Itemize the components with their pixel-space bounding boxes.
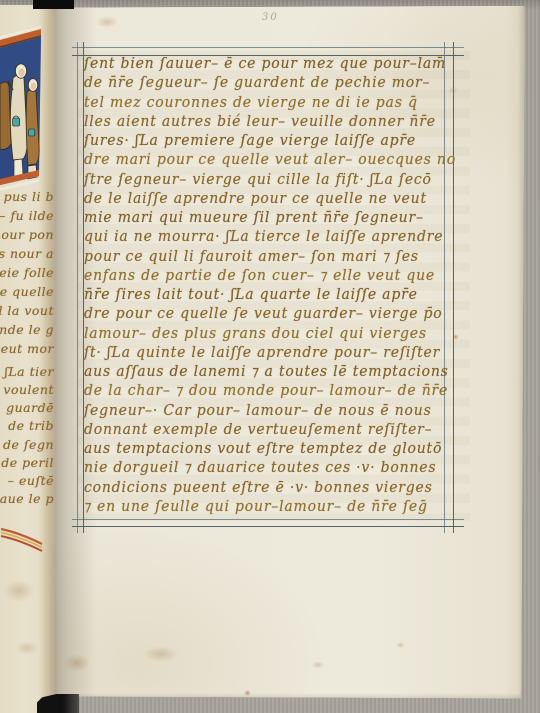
text-line: ſent bien ſauuer– ē ce pour mez que pour… [84, 55, 464, 75]
text-line: ⁊ en une ſeulle qui pour–lamour– de n̄r̄… [84, 497, 464, 517]
margin-text-line: l la vout [0, 304, 54, 318]
parchment-stain [4, 580, 34, 602]
parchment-stain [144, 646, 178, 662]
margin-text-line: uallaue le p [0, 492, 54, 506]
frame-line [72, 47, 464, 48]
parchment-stain [96, 16, 118, 28]
facing-page-strip: pus li b u– fu ilde nour pon s nour a ei… [0, 5, 59, 713]
binding-mark-top [33, 0, 74, 9]
text-line: lles aient autres bié leur– veuille donn… [84, 112, 464, 132]
margin-text-line: voulent [3, 383, 54, 397]
margin-text-line: eie folle [0, 266, 54, 280]
manuscript-scan: 30 ſent bien ſauuer– ē ce pour mez que p… [0, 0, 540, 713]
text-line: aus temptacions vout eſtre temptez de gl… [84, 440, 464, 460]
frame-line [72, 526, 464, 527]
text-line: aus aſſaus de lanemi ⁊ a toutes lē tempt… [84, 363, 464, 383]
margin-text-line: eut mor [1, 342, 54, 356]
border-flourish-icon [0, 520, 46, 554]
text-line: ſtre ſegneur– vierge qui cille la fiſt· … [84, 170, 464, 190]
text-line: dre pour ce quelle ſe veut guarder– vier… [84, 305, 464, 325]
margin-text-line: guardē [6, 401, 54, 415]
margin-text-line: pus li b [4, 190, 54, 204]
text-line: ſt· ʃLa quinte le laiſſe aprendre pour– … [84, 343, 464, 363]
parchment-stain [16, 641, 38, 655]
wise-virgins-miniature-icon [0, 26, 44, 192]
manuscript-page: 30 ſent bien ſauuer– ē ce pour mez que p… [44, 6, 525, 699]
margin-text-line: de peril [1, 456, 54, 470]
text-line: nie dorgueil ⁊ dauarice toutes ces ·v· b… [84, 459, 464, 479]
text-line: n̄r̄e ſires lait tout· ʃLa quarte le lai… [84, 286, 464, 306]
text-line: mie mari qui mueure ſil prent n̄r̄e ſegn… [84, 209, 464, 229]
text-line: qui ia ne mourra· ʃLa tierce le laiſſe a… [84, 228, 464, 248]
margin-text-line: u– fu ilde [0, 209, 54, 223]
text-line: tel mez couronnes de vierge ne di ie pas… [84, 93, 464, 113]
margin-text-line: ʃLa tier [4, 365, 54, 379]
text-line: de le laiſſe aprendre pour ce quelle ne … [84, 189, 464, 209]
margin-text-line: ce quelle [0, 285, 54, 299]
text-line: enfans de partie de ſon cuer– ⁊ elle veu… [84, 266, 464, 286]
text-line: dre mari pour ce quelle veut aler– ouecq… [84, 151, 464, 171]
text-line: ſegneur–· Car pour– lamour– de nous ē no… [84, 401, 464, 421]
text-line: donnant exemple de vertueuſement reſiſte… [84, 420, 464, 440]
margin-text-line: – euſtē [8, 474, 54, 488]
text-line: condicions pueent eſtre ē ·v· bonnes vie… [84, 478, 464, 498]
text-line: pour ce quil li fauroit amer– ſon mari ⁊… [84, 247, 464, 267]
margin-text-line: de ſegn [3, 438, 54, 452]
text-line: lamour– des plus grans dou ciel qui vier… [84, 324, 464, 344]
margin-text-line: onde le g [0, 323, 54, 337]
parchment-stain [396, 642, 405, 648]
margin-text-line: nour pon [0, 228, 54, 242]
text-line: de la char– ⁊ dou monde pour– lamour– de… [84, 382, 464, 402]
text-line: ſures· ʃLa premiere ſage vierge laiſſe a… [84, 132, 464, 152]
parchment-stain [244, 690, 251, 696]
text-line: de n̄r̄e ſegueur– ſe guardent de pechie … [84, 74, 464, 94]
margin-text-line: de trib [8, 419, 54, 433]
parchment-stain [312, 661, 324, 669]
folio-number: 30 [262, 12, 279, 23]
margin-text-line: s nour a [0, 247, 54, 261]
text-block: ſent bien ſauuer– ē ce pour mez que pour… [84, 55, 464, 517]
